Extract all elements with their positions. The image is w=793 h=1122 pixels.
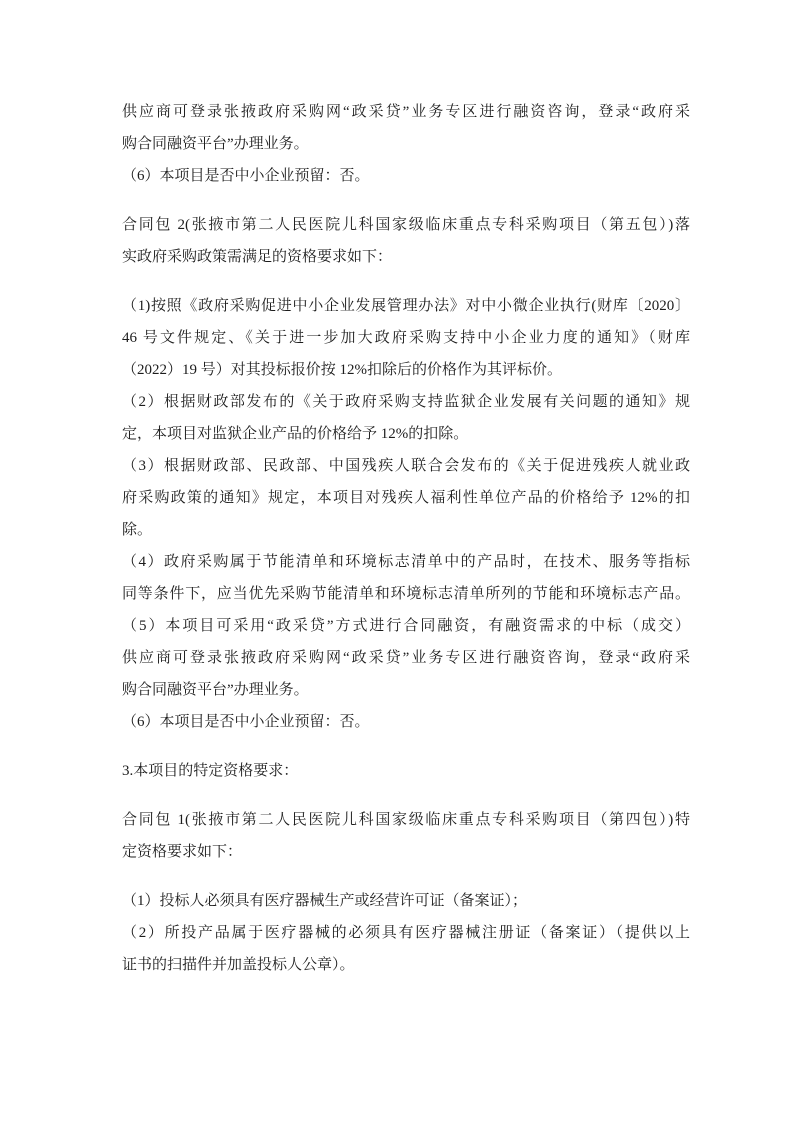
text-line: 供应商可登录张掖政府采购网“政采贷”业务专区进行融资咨询，登录“政府采	[122, 96, 690, 128]
text-line: 合同包 1(张掖市第二人民医院儿科国家级临床重点专科采购项目（第四包）)特	[122, 804, 690, 836]
document-page: { "page": { "background_color": "#ffffff…	[0, 0, 793, 1122]
text-line: 3.本项目的特定资格要求：	[122, 755, 690, 787]
paragraph-block: 供应商可登录张掖政府采购网“政采贷”业务专区进行融资咨询，登录“政府采购合同融资…	[122, 96, 690, 192]
text-line: 实政府采购政策需满足的资格要求如下：	[122, 241, 690, 273]
text-line: （2022）19 号）对其投标报价按 12%扣除后的价格作为其评标价。	[122, 354, 690, 386]
paragraph-block: 合同包 2(张掖市第二人民医院儿科国家级临床重点专科采购项目（第五包）)落实政府…	[122, 209, 690, 273]
text-line: 府采购政策的通知》规定，本项目对残疾人福利性单位产品的价格给予 12%的扣	[122, 482, 690, 514]
text-line: 供应商可登录张掖政府采购网“政采贷”业务专区进行融资咨询，登录“政府采	[122, 642, 690, 674]
text-line: （6）本项目是否中小企业预留：否。	[122, 160, 690, 192]
text-line: 定资格要求如下：	[122, 836, 690, 868]
text-line: （6）本项目是否中小企业预留：否。	[122, 706, 690, 738]
text-line: 购合同融资平台”办理业务。	[122, 128, 690, 160]
paragraph-block: （1)按照《政府采购促进中小企业发展管理办法》对中小微企业执行(财库〔2020〕…	[122, 290, 690, 738]
text-line: 同等条件下，应当优先采购节能清单和环境标志清单所列的节能和环境标志产品。	[122, 578, 690, 610]
text-line: （5）本项目可采用“政采贷”方式进行合同融资，有融资需求的中标（成交）	[122, 610, 690, 642]
text-line: 除。	[122, 514, 690, 546]
text-line: （2）所投产品属于医疗器械的必须具有医疗器械注册证（备案证）（提供以上	[122, 917, 690, 949]
text-line: 定，本项目对监狱企业产品的价格给予 12%的扣除。	[122, 418, 690, 450]
page-background: 供应商可登录张掖政府采购网“政采贷”业务专区进行融资咨询，登录“政府采购合同融资…	[0, 0, 793, 1122]
text-line: （3）根据财政部、民政部、中国残疾人联合会发布的《关于促进残疾人就业政	[122, 450, 690, 482]
text-line: 证书的扫描件并加盖投标人公章）。	[122, 949, 690, 981]
text-line: 合同包 2(张掖市第二人民医院儿科国家级临床重点专科采购项目（第五包）)落	[122, 209, 690, 241]
text-line: 46 号文件规定、《关于进一步加大政府采购支持中小企业力度的通知》（财库	[122, 322, 690, 354]
paragraph-block: 合同包 1(张掖市第二人民医院儿科国家级临床重点专科采购项目（第四包）)特定资格…	[122, 804, 690, 868]
text-line: （1）投标人必须具有医疗器械生产或经营许可证（备案证）；	[122, 885, 690, 917]
paragraph-block: 3.本项目的特定资格要求：	[122, 755, 690, 787]
text-line: 购合同融资平台”办理业务。	[122, 674, 690, 706]
paragraph-block: （1）投标人必须具有医疗器械生产或经营许可证（备案证）；（2）所投产品属于医疗器…	[122, 885, 690, 981]
text-line: （2）根据财政部发布的《关于政府采购支持监狱企业发展有关问题的通知》规	[122, 386, 690, 418]
document-content: 供应商可登录张掖政府采购网“政采贷”业务专区进行融资咨询，登录“政府采购合同融资…	[122, 96, 690, 981]
text-line: （4）政府采购属于节能清单和环境标志清单中的产品时，在技术、服务等指标	[122, 546, 690, 578]
text-line: （1)按照《政府采购促进中小企业发展管理办法》对中小微企业执行(财库〔2020〕	[122, 290, 690, 322]
